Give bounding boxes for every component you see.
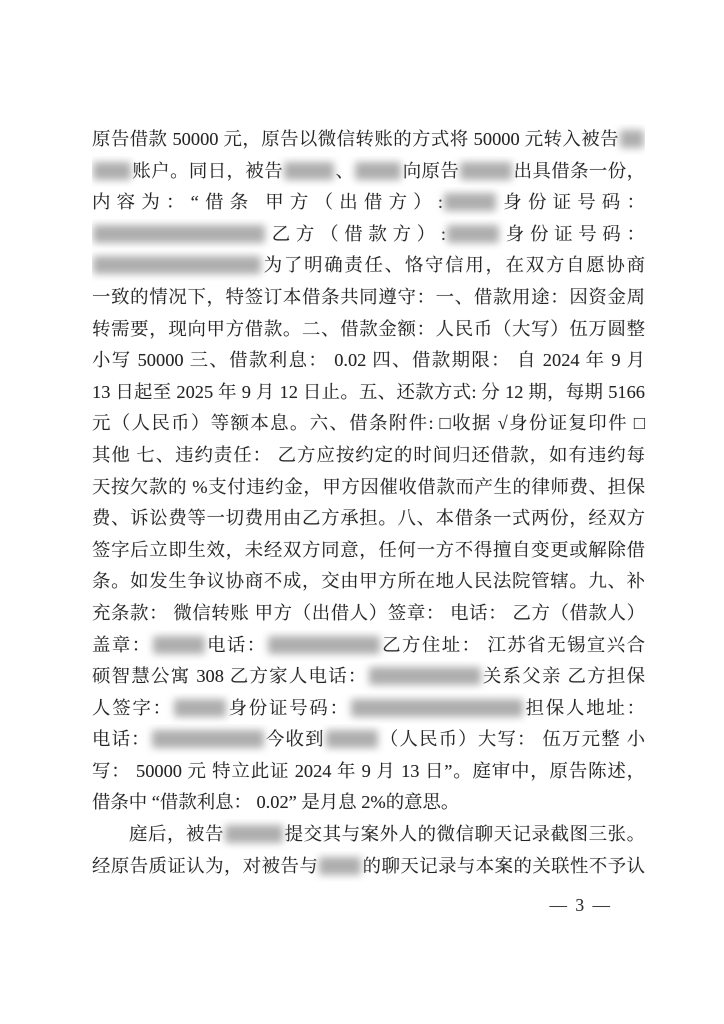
document-line: 条。如发生争议协商不成，交由甲方所在地人民法院管辖。九、补 (92, 566, 645, 598)
document-line: 充条款： 微信转账 甲方（出借人）签章： 电话： 乙方（借款人） (92, 598, 645, 630)
document-line: 签字后立即生效，未经双方同意，任何一方不得擅自变更或解除借 (92, 535, 645, 567)
redacted-text (620, 130, 644, 148)
text-segment: 原告借款 50000 元，原告以微信转账的方式将 50000 元转入被告 (92, 129, 619, 149)
redacted-text (268, 636, 380, 654)
document-line: 原告借款 50000 元，原告以微信转账的方式将 50000 元转入被告 (92, 124, 645, 156)
page-number: — 3 — (0, 895, 612, 916)
text-segment: 提交其与案外人的微信聊天记录截图三张。 (284, 824, 645, 844)
text-segment: 签字后立即生效，未经双方同意，任何一方不得擅自变更或解除借 (92, 540, 645, 560)
text-segment: 身份证号码： (500, 224, 645, 244)
text-segment: 为了明确责任、恪守信用，在双方自愿协商 (262, 255, 645, 275)
document-line: 盖章：电话：乙方住址： 江苏省无锡宣兴合 (92, 630, 645, 662)
document-line: 借条中 “借款利息： 0.02” 是月息 2%的意思。 (92, 787, 645, 819)
text-segment: 身份证号码： (227, 698, 350, 718)
redacted-text (152, 730, 264, 748)
document-line: 账户。同日，被告、向原告出具借条一份， (92, 156, 645, 188)
text-segment: 、 (335, 161, 354, 181)
text-segment: 乙方（借款方）: (266, 224, 446, 244)
text-segment: 担保人地址： (524, 698, 645, 718)
document-line: 其他 七、违约责任： 乙方应按约定的时间归还借款，如有违约每 (92, 440, 645, 472)
text-segment: 出具借条一份， (513, 161, 645, 181)
text-segment: 身份证号码： (497, 192, 645, 212)
text-segment: 元（人民币）等额本息。六、借条附件: □收据 √身份证复印件 □ (92, 413, 645, 433)
document-line: 经原告质证认为，对被告与的聊天记录与本案的关联性不予认 (92, 851, 645, 883)
redacted-text (326, 730, 378, 748)
document-line: 转需要，现向甲方借款。二、借款金额：人民币（大写）伍万圆整 (92, 314, 645, 346)
document-line: 天按欠款的 %支付违约金，甲方因催收借款而产生的律师费、担保 (92, 472, 645, 504)
document-line: 一致的情况下，特签订本借条共同遵守：一、借款用途：因资金周 (92, 282, 645, 314)
text-segment: 费、诉讼费等一切费用由乙方承担。八、本借条一式两份，经双方 (92, 508, 645, 528)
document-line: 费、诉讼费等一切费用由乙方承担。八、本借条一式两份，经双方 (92, 503, 645, 535)
redacted-text (355, 162, 401, 180)
text-segment: 经原告质证认为，对被告与 (92, 856, 318, 876)
text-segment: 人签字： (92, 698, 173, 718)
text-segment: 电话： (206, 635, 267, 655)
text-segment: 小写 50000 三、借款利息： 0.02 四、借款期限： 自 2024 年 9… (92, 350, 645, 370)
document-line: 13 日起至 2025 年 9 月 12 日止。五、还款方式: 分 12 期，每… (92, 377, 645, 409)
redacted-text (93, 162, 131, 180)
redacted-text (351, 699, 523, 717)
text-segment: 电话： (92, 729, 151, 749)
redacted-text (225, 825, 283, 843)
text-segment: 写： 50000 元 特立此证 2024 年 9 月 13 日”。庭审中，原告陈… (92, 761, 645, 781)
redacted-text (284, 162, 334, 180)
text-segment: 内容为：“借条 甲方（出借方）: (92, 192, 443, 212)
text-segment: 向原告 (402, 161, 459, 181)
redacted-text (369, 667, 481, 685)
document-line: 为了明确责任、恪守信用，在双方自愿协商 (92, 250, 645, 282)
document-line: 乙方（借款方）:身份证号码： (92, 219, 645, 251)
document-line: 人签字：身份证号码：担保人地址： (92, 693, 645, 725)
redacted-text (153, 636, 205, 654)
text-segment: 关系父亲 乙方担保 (482, 666, 645, 686)
text-segment: 庭后，被告 (129, 824, 224, 844)
redacted-text (460, 162, 512, 180)
redacted-text (93, 256, 261, 274)
text-segment: 盖章： (92, 635, 152, 655)
text-segment: 转需要，现向甲方借款。二、借款金额：人民币（大写）伍万圆整 (92, 319, 645, 339)
document-line: 元（人民币）等额本息。六、借条附件: □收据 √身份证复印件 □ (92, 408, 645, 440)
document-line: 小写 50000 三、借款利息： 0.02 四、借款期限： 自 2024 年 9… (92, 345, 645, 377)
text-segment: 今收到 (265, 729, 325, 749)
text-segment: 硕智慧公寓 308 乙方家人电话： (92, 666, 368, 686)
redacted-text (93, 225, 265, 243)
text-segment: 一致的情况下，特签订本借条共同遵守：一、借款用途：因资金周 (92, 287, 645, 307)
document-text: 原告借款 50000 元，原告以微信转账的方式将 50000 元转入被告账户。同… (92, 124, 645, 882)
document-line: 庭后，被告提交其与案外人的微信聊天记录截图三张。 (92, 819, 645, 851)
text-segment: 条。如发生争议协商不成，交由甲方所在地人民法院管辖。九、补 (92, 571, 645, 591)
text-segment: 其他 七、违约责任： 乙方应按约定的时间归还借款，如有违约每 (92, 445, 645, 465)
document-line: 电话：今收到（人民币）大写： 伍万元整 小 (92, 724, 645, 756)
text-segment: 天按欠款的 %支付违约金，甲方因催收借款而产生的律师费、担保 (92, 477, 645, 497)
document-page: 原告借款 50000 元，原告以微信转账的方式将 50000 元转入被告账户。同… (0, 0, 724, 1024)
document-line: 写： 50000 元 特立此证 2024 年 9 月 13 日”。庭审中，原告陈… (92, 756, 645, 788)
document-line: 内容为：“借条 甲方（出借方）:身份证号码： (92, 187, 645, 219)
redacted-text (444, 193, 496, 211)
text-segment: 乙方住址： 江苏省无锡宣兴合 (381, 635, 645, 655)
redacted-text (174, 699, 226, 717)
text-segment: 借条中 “借款利息： 0.02” 是月息 2%的意思。 (92, 792, 459, 812)
text-segment: 账户。同日，被告 (132, 161, 283, 181)
text-segment: 的聊天记录与本案的关联性不予认 (362, 856, 645, 876)
document-line: 硕智慧公寓 308 乙方家人电话：关系父亲 乙方担保 (92, 661, 645, 693)
redacted-text (319, 857, 361, 875)
text-segment: （人民币）大写： 伍万元整 小 (379, 729, 645, 749)
text-segment: 13 日起至 2025 年 9 月 12 日止。五、还款方式: 分 12 期，每… (92, 382, 645, 402)
text-segment: 充条款： 微信转账 甲方（出借人）签章： 电话： 乙方（借款人） (92, 603, 645, 623)
redacted-text (447, 225, 499, 243)
